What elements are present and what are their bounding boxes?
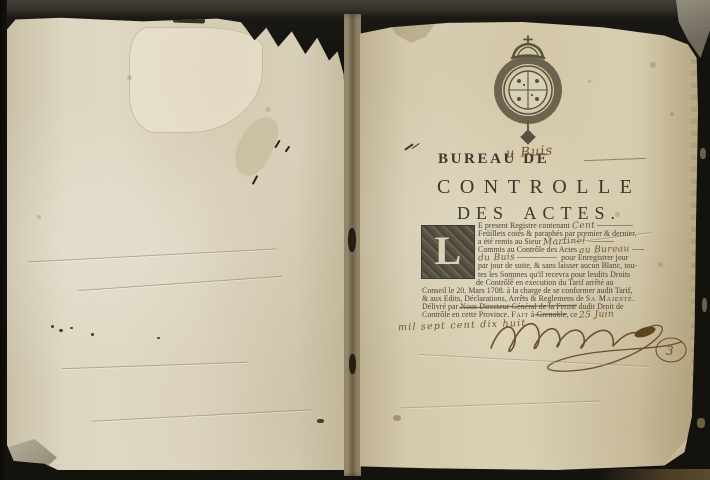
deckle-edge — [691, 40, 698, 440]
foxing-stain — [650, 62, 656, 68]
ink-speck — [157, 337, 160, 339]
paraph-numeral: 3 — [666, 344, 674, 358]
ink-mark — [285, 146, 291, 153]
foxing-stain — [265, 107, 271, 112]
binding-edge — [0, 0, 7, 480]
foxing-stain — [588, 80, 591, 83]
paper-repair-patch — [129, 27, 263, 133]
foxing-stain — [658, 262, 663, 267]
stitch-hole — [348, 228, 356, 252]
stitch-hole — [349, 354, 356, 374]
binding-gutter — [344, 14, 361, 476]
bookmark-remnant — [173, 11, 205, 23]
foxing-stain — [510, 277, 514, 281]
ink-mark — [252, 175, 258, 185]
foxing-stain — [670, 112, 674, 116]
foxing-stain — [393, 415, 401, 421]
left-page — [7, 15, 346, 470]
ink-speck — [91, 333, 94, 336]
blank-rule — [597, 224, 633, 226]
pen-flick-mark — [404, 143, 413, 150]
page-edge-fleck — [700, 148, 706, 159]
ink-speck — [70, 327, 73, 329]
ink-speck — [59, 329, 63, 332]
book-edge-shadow — [596, 469, 710, 480]
paper-crease — [62, 362, 247, 369]
handwritten-text: au Bureau — [579, 245, 630, 255]
decorated-drop-cap: L — [421, 225, 475, 279]
paper-crease — [77, 276, 282, 291]
blank-rule — [517, 256, 557, 258]
curled-page-corner — [652, 418, 698, 470]
foxing-stain — [37, 215, 41, 219]
paper-crease — [400, 401, 600, 409]
handwritten-text: Cent — [572, 222, 596, 231]
blank-rule — [632, 248, 644, 250]
signature-flourish: 3 — [485, 308, 700, 380]
ink-speck — [317, 419, 324, 423]
torn-leaf-fragment — [388, 13, 436, 43]
paper-crease — [92, 409, 312, 422]
title-controlle: CONTROLLE — [437, 176, 641, 199]
printed-paragraph: L E present Registre contenant CentFeüil… — [420, 222, 680, 319]
foxing-stain — [127, 75, 132, 80]
ink-speck — [51, 325, 54, 328]
handwritten-text: du Buis — [478, 254, 515, 263]
royal-coat-of-arms-emblem — [488, 35, 568, 153]
foxing-stain — [615, 212, 620, 217]
paper-crease — [27, 248, 277, 262]
page-edge-fleck — [697, 418, 705, 428]
damaged-corner — [7, 439, 57, 470]
right-page: BUREAU DE u Buis CONTROLLE DES ACTES. L … — [360, 22, 698, 470]
blank-rule — [584, 158, 646, 161]
book-scan: BUREAU DE u Buis CONTROLLE DES ACTES. L … — [0, 0, 710, 480]
page-edge-fleck — [702, 298, 707, 312]
